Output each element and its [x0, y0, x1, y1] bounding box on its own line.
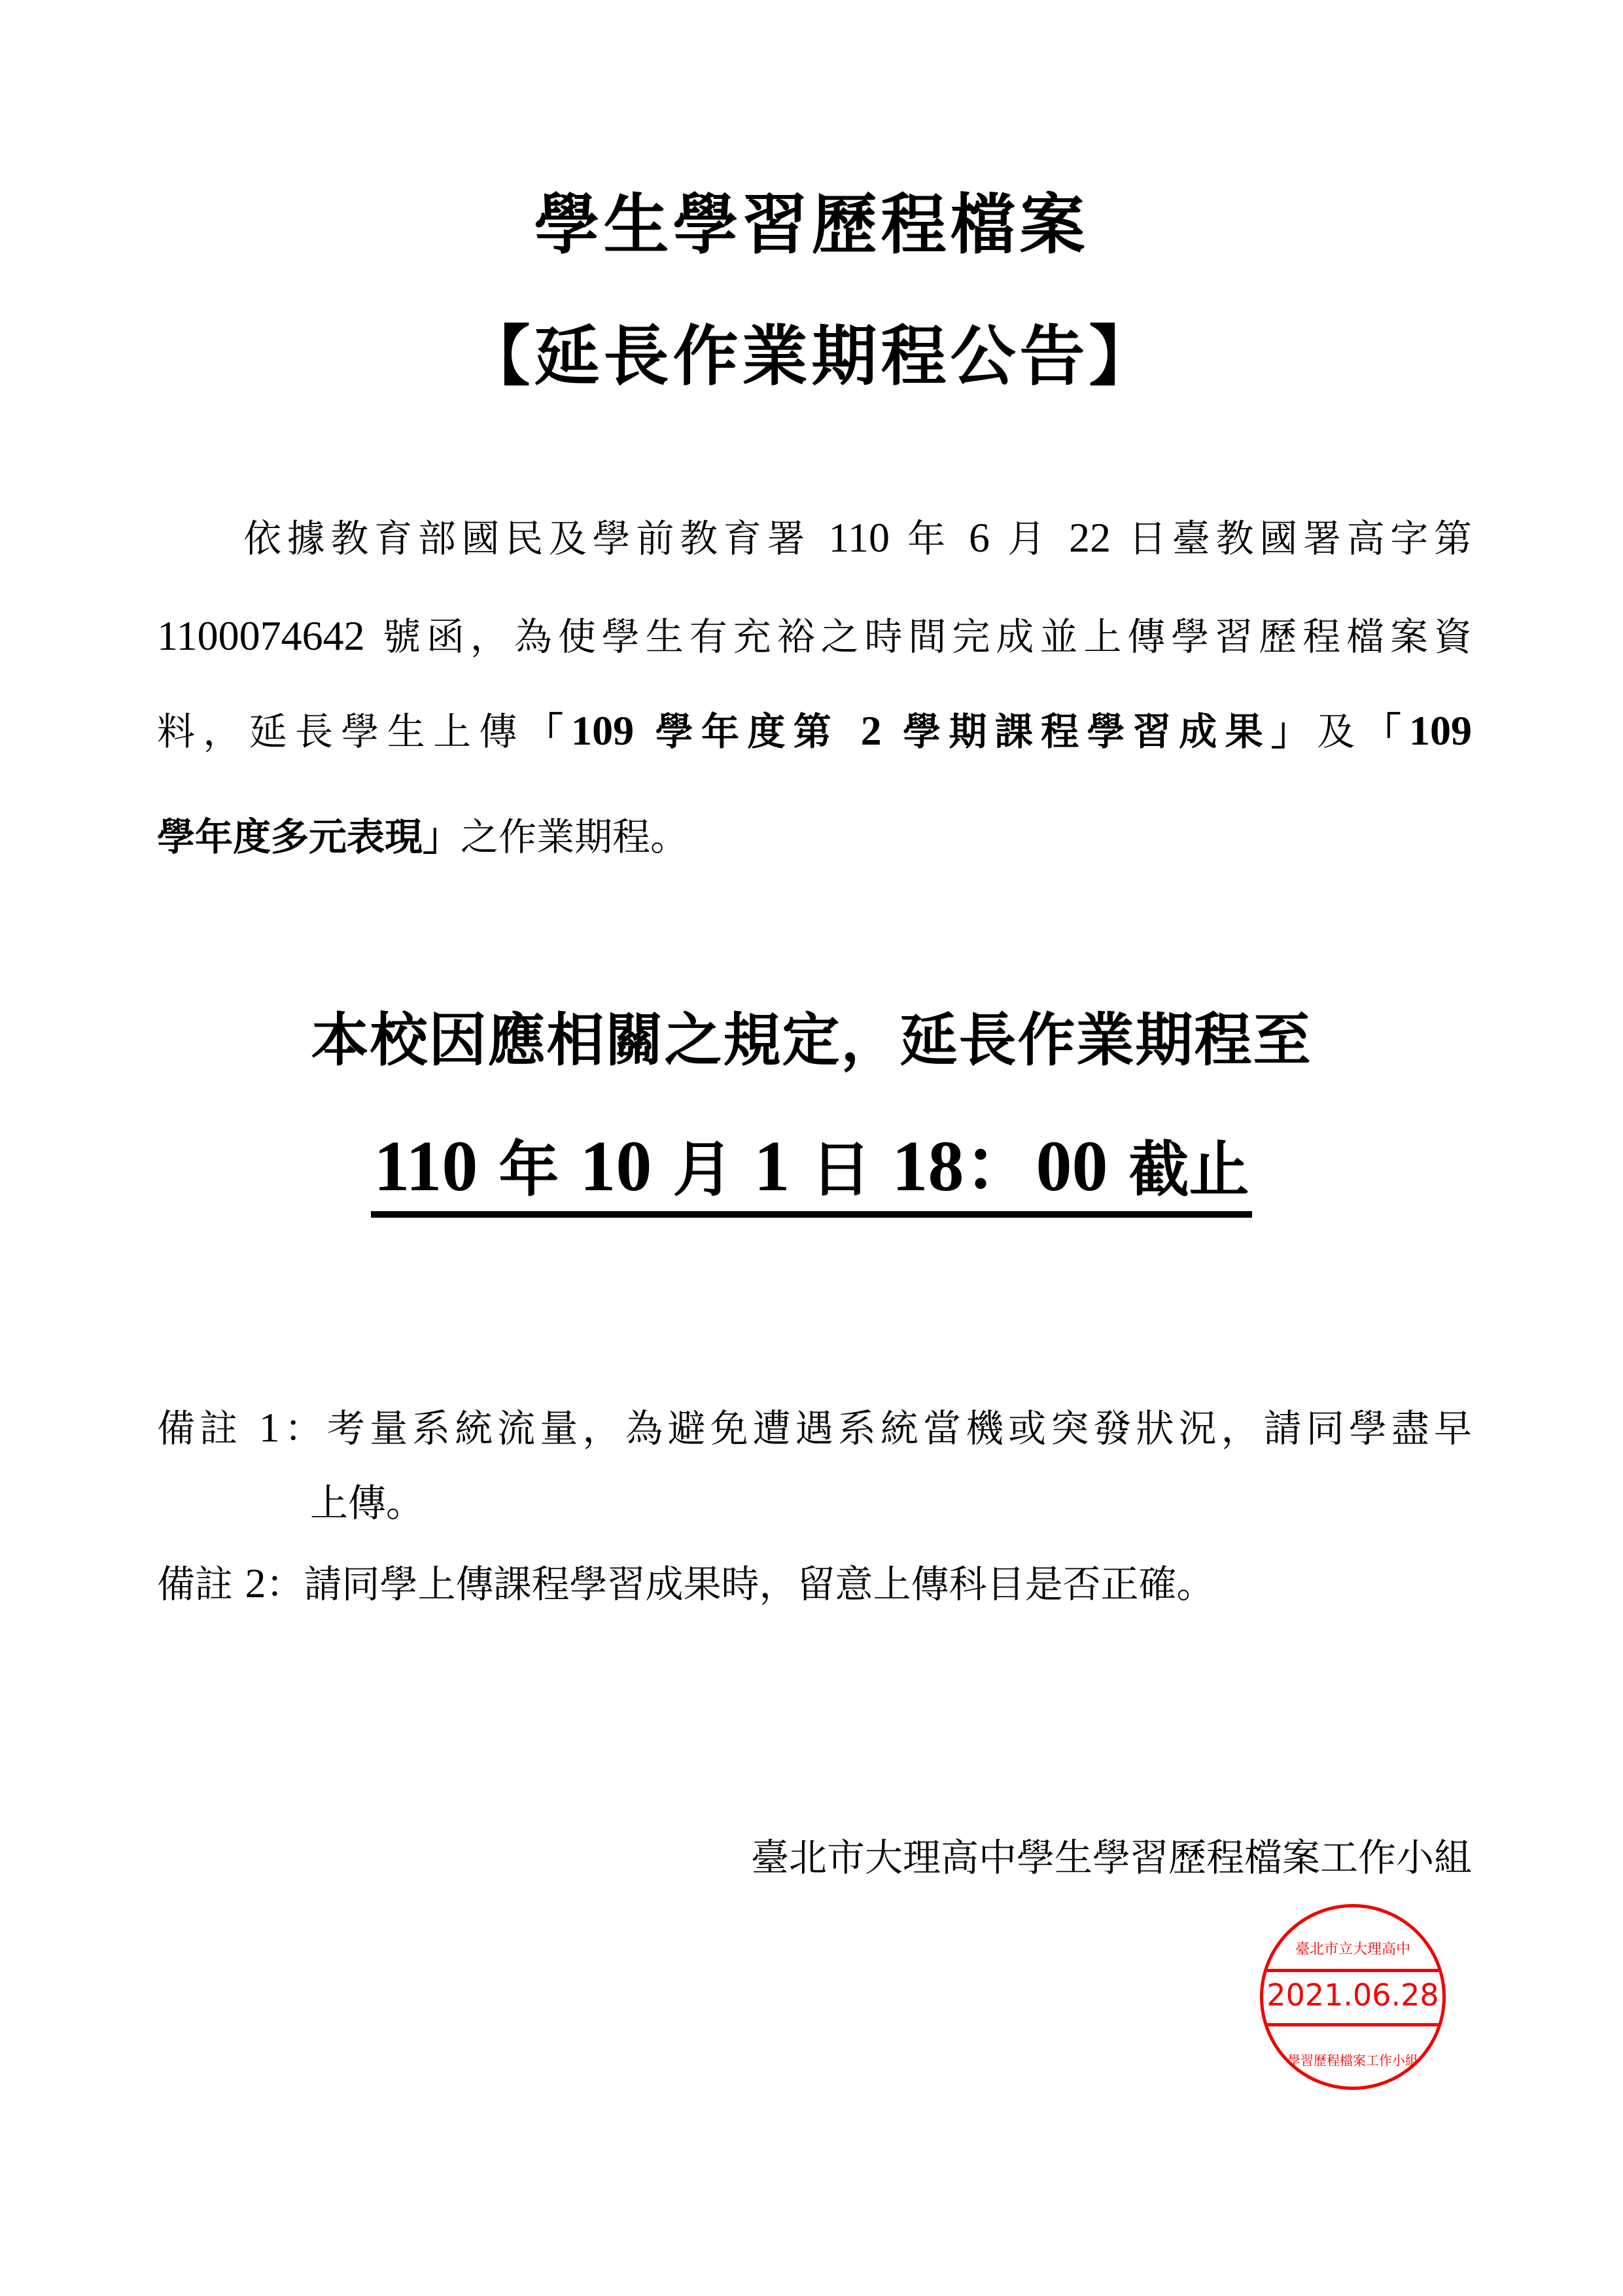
stamp-date: 2021.06.28 — [1263, 1977, 1442, 2013]
body-paragraph-line-4: 學年度多元表現」之作業期程。 — [157, 818, 1472, 856]
document-title: 學生學習歷程檔案 — [0, 192, 1623, 258]
note-1: 備註 1：考量系統流量，為避免遭遇系統當機或突發狀況，請同學盡早 — [157, 1407, 1472, 1449]
note-1-continuation: 上傳。 — [310, 1484, 424, 1522]
official-date-stamp: 臺北市立大理高中 2021.06.28 學習歷程檔案工作小組 — [1260, 1904, 1446, 2090]
deadline-underlined: 110 年 10 月 1 日 18：00 截止 — [371, 1130, 1251, 1218]
emphasis-course-results: 「109 學年度第 2 學期課程學習成果」 — [525, 709, 1317, 754]
announcement-subtitle: 【延長作業期程公告】 — [0, 324, 1623, 389]
note-2: 備註 2：請同學上傳課程學習成果時，留意上傳科目是否正確。 — [157, 1563, 1214, 1604]
deadline-statement: 110 年 10 月 1 日 18：00 截止 — [0, 1130, 1623, 1218]
stamp-school-name: 臺北市立大理高中 — [1263, 1943, 1442, 1957]
body-paragraph-line-3: 料，延長學生上傳「109 學年度第 2 學期課程學習成果」及「109 — [157, 710, 1472, 752]
extension-statement: 本校因應相關之規定，延長作業期程至 — [0, 1012, 1623, 1069]
stamp-divider — [1263, 2023, 1442, 2026]
emphasis-diverse-performance-end: 學年度多元表現」 — [157, 815, 461, 859]
emphasis-diverse-performance-start: 「109 — [1363, 709, 1472, 754]
stamp-group-name: 學習歷程檔案工作小組 — [1263, 2054, 1442, 2067]
body-paragraph-line-2: 1100074642 號函，為使學生有充裕之時間完成並上傳學習歷程檔案資 — [157, 615, 1472, 657]
signature: 臺北市大理高中學生學習歷程檔案工作小組 — [751, 1839, 1472, 1877]
body-paragraph-line-1: 依據教育部國民及學前教育署 110 年 6 月 22 日臺教國署高字第 — [243, 517, 1472, 559]
stamp-divider — [1263, 1969, 1442, 1972]
